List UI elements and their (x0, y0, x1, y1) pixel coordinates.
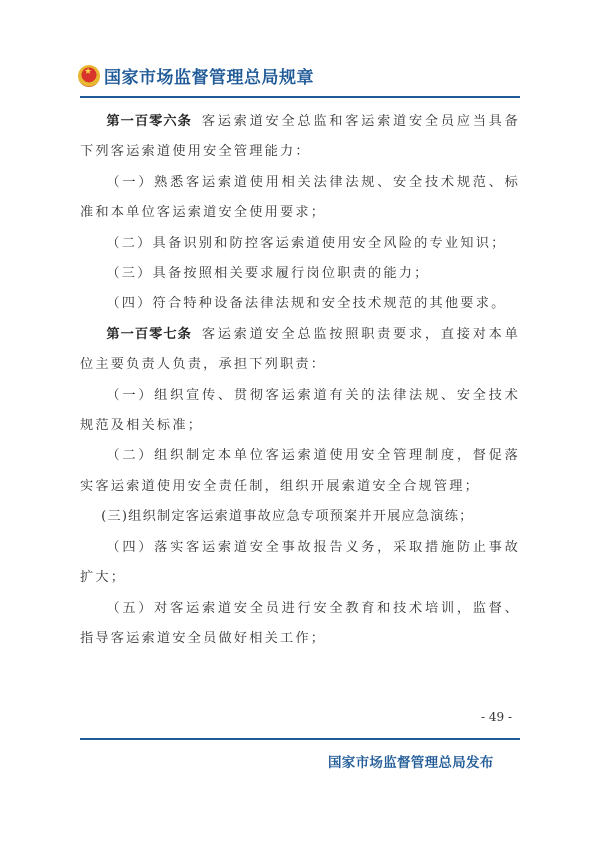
document-body: 第一百零六条客运索道安全总监和客运索道安全员应当具备下列客运索道使用安全管理能力… (80, 107, 520, 654)
article-number: 第一百零七条 (106, 327, 191, 342)
list-item: （四）落实客运索道安全事故报告义务，采取措施防止事故扩大； (80, 533, 520, 594)
article-106: 第一百零六条客运索道安全总监和客运索道安全员应当具备下列客运索道使用安全管理能力… (80, 107, 520, 168)
national-emblem-icon (78, 65, 100, 87)
article-107: 第一百零七条客运索道安全总监按照职责要求，直接对本单位主要负责人负责，承担下列职… (80, 320, 520, 381)
footer-divider (80, 738, 520, 740)
list-item: (三)组织制定客运索道事故应急专项预案并开展应急演练； (80, 502, 520, 532)
list-item: （一）熟悉客运索道使用相关法律法规、安全技术规范、标准和本单位客运索道安全使用要… (80, 168, 520, 229)
list-item: （二）具备识别和防控客运索道使用安全风险的专业知识； (80, 229, 520, 259)
list-item: （三）具备按照相关要求履行岗位职责的能力； (80, 259, 520, 289)
article-number: 第一百零六条 (106, 114, 191, 129)
header-divider (80, 96, 520, 98)
list-item: （四）符合特种设备法律法规和安全技术规范的其他要求。 (80, 289, 520, 319)
list-item: （一）组织宣传、贯彻客运索道有关的法律法规、安全技术规范及相关标准； (80, 381, 520, 442)
page-header: 国家市场监督管理总局规章 (78, 63, 314, 88)
header-title: 国家市场监督管理总局规章 (104, 63, 314, 88)
footer-publisher: 国家市场监督管理总局发布 (328, 751, 494, 771)
list-item: （五）对客运索道安全员进行安全教育和技术培训，监督、指导客运索道安全员做好相关工… (80, 594, 520, 655)
list-item: （二）组织制定本单位客运索道使用安全管理制度，督促落实客运索道使用安全责任制，组… (80, 441, 520, 502)
page-number: - 49 - (481, 710, 512, 724)
